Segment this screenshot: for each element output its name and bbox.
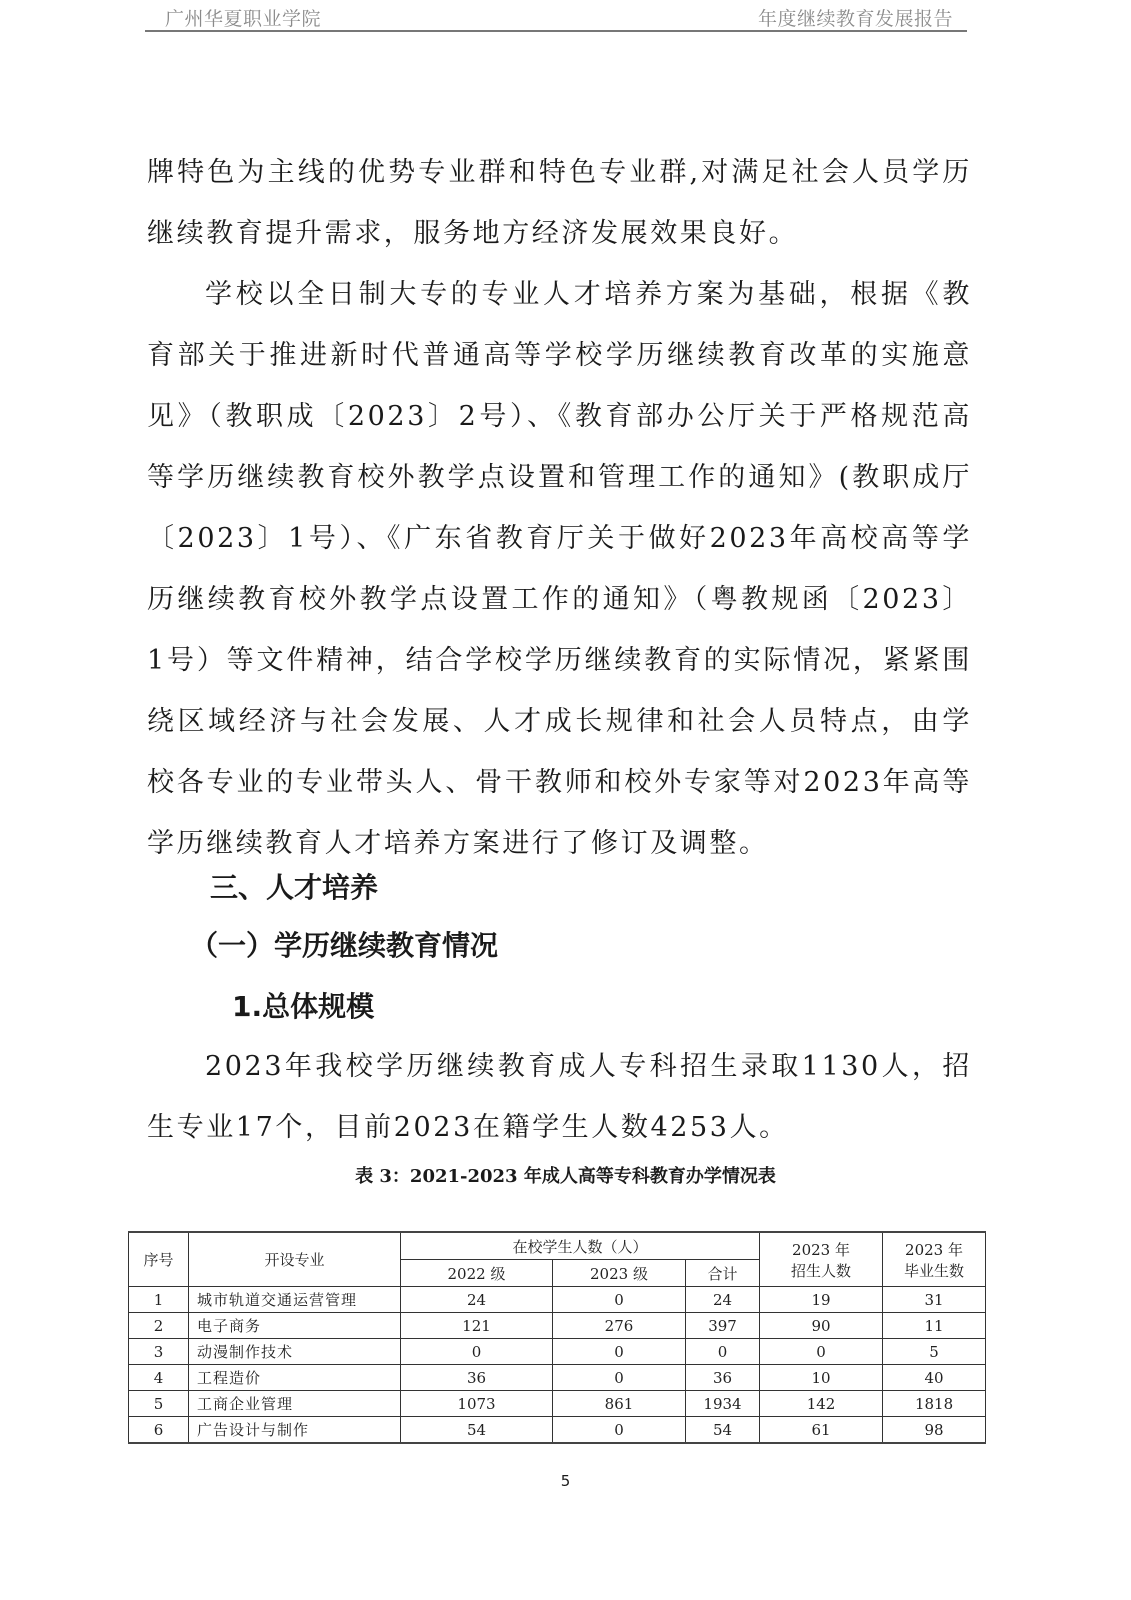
- cell-total: 36: [686, 1365, 760, 1391]
- table-row: 3 动漫制作技术 0 0 0 0 5: [129, 1339, 986, 1365]
- cell-2022: 54: [401, 1417, 553, 1444]
- subsection-heading: （一）学历继续教育情况: [190, 924, 498, 964]
- paragraph-2: 学校以全日制大专的专业人才培养方案为基础，根据《教育部关于推进新时代普通高等学校…: [147, 264, 972, 874]
- table-row: 2 电子商务 121 276 397 90 11: [129, 1313, 986, 1339]
- cell-major: 工商企业管理: [189, 1391, 401, 1417]
- cell-total: 397: [686, 1313, 760, 1339]
- header-graduates-year: 2023 年: [883, 1239, 985, 1260]
- paragraph-scale: 2023年我校学历继续教育成人专科招生录取1130人，招生专业17个，目前202…: [147, 1036, 972, 1158]
- table-row: 5 工商企业管理 1073 861 1934 142 1818: [129, 1391, 986, 1417]
- cell-seq: 3: [129, 1339, 189, 1365]
- cell-total: 1934: [686, 1391, 760, 1417]
- cell-total: 0: [686, 1339, 760, 1365]
- header-admissions-label: 招生人数: [760, 1260, 882, 1281]
- cell-2023: 0: [553, 1287, 686, 1313]
- cell-2022: 0: [401, 1339, 553, 1365]
- cell-2023: 861: [553, 1391, 686, 1417]
- cell-major: 广告设计与制作: [189, 1417, 401, 1444]
- cell-seq: 4: [129, 1365, 189, 1391]
- cell-total: 54: [686, 1417, 760, 1444]
- header-graduates-label: 毕业生数: [883, 1260, 985, 1281]
- cell-2023: 276: [553, 1313, 686, 1339]
- header-major: 开设专业: [189, 1232, 401, 1287]
- cell-graduates: 40: [883, 1365, 986, 1391]
- cell-graduates: 11: [883, 1313, 986, 1339]
- header-total: 合计: [686, 1260, 760, 1287]
- cell-total: 24: [686, 1287, 760, 1313]
- cell-major: 电子商务: [189, 1313, 401, 1339]
- subsubsection-heading: 1.总体规模: [232, 985, 374, 1025]
- cell-major: 工程造价: [189, 1365, 401, 1391]
- cell-major: 城市轨道交通运营管理: [189, 1287, 401, 1313]
- cell-admissions: 0: [760, 1339, 883, 1365]
- cell-seq: 2: [129, 1313, 189, 1339]
- cell-admissions: 10: [760, 1365, 883, 1391]
- table-caption: 表 3：2021-2023 年成人高等专科教育办学情况表: [0, 1162, 1131, 1188]
- header-graduates: 2023 年 毕业生数: [883, 1232, 986, 1287]
- cell-seq: 6: [129, 1417, 189, 1444]
- cell-admissions: 90: [760, 1313, 883, 1339]
- header-admissions: 2023 年 招生人数: [760, 1232, 883, 1287]
- cell-major: 动漫制作技术: [189, 1339, 401, 1365]
- section-heading: 三、人才培养: [210, 866, 378, 906]
- cell-2023: 0: [553, 1417, 686, 1444]
- cell-2022: 121: [401, 1313, 553, 1339]
- page-header: 广州华夏职业学院 年度继续教育发展报告: [145, 2, 967, 32]
- cell-admissions: 61: [760, 1417, 883, 1444]
- cell-seq: 1: [129, 1287, 189, 1313]
- header-admissions-year: 2023 年: [760, 1239, 882, 1260]
- cell-2022: 36: [401, 1365, 553, 1391]
- page-number: 5: [0, 1472, 1131, 1490]
- cell-graduates: 31: [883, 1287, 986, 1313]
- paragraph-1: 牌特色为主线的优势专业群和特色专业群,对满足社会人员学历继续教育提升需求，服务地…: [147, 142, 972, 264]
- cell-2022: 1073: [401, 1391, 553, 1417]
- header-2023: 2023 级: [553, 1260, 686, 1287]
- paragraph-continued: 牌特色为主线的优势专业群和特色专业群,对满足社会人员学历继续教育提升需求，服务地…: [147, 142, 972, 264]
- header-enrolled-group: 在校学生人数（人）: [401, 1232, 760, 1260]
- cell-graduates: 98: [883, 1417, 986, 1444]
- cell-graduates: 5: [883, 1339, 986, 1365]
- cell-seq: 5: [129, 1391, 189, 1417]
- header-report-title: 年度继续教育发展报告: [758, 4, 953, 31]
- cell-2023: 0: [553, 1365, 686, 1391]
- cell-2022: 24: [401, 1287, 553, 1313]
- cell-admissions: 19: [760, 1287, 883, 1313]
- cell-2023: 0: [553, 1339, 686, 1365]
- cell-graduates: 1818: [883, 1391, 986, 1417]
- table-row: 1 城市轨道交通运营管理 24 0 24 19 31: [129, 1287, 986, 1313]
- header-institution: 广州华夏职业学院: [165, 4, 321, 31]
- table-row: 4 工程造价 36 0 36 10 40: [129, 1365, 986, 1391]
- enrollment-table: 序号 开设专业 在校学生人数（人） 2023 年 招生人数 2023 年 毕业生…: [128, 1231, 986, 1444]
- table-row: 6 广告设计与制作 54 0 54 61 98: [129, 1417, 986, 1444]
- header-seq: 序号: [129, 1232, 189, 1287]
- paragraph-3: 2023年我校学历继续教育成人专科招生录取1130人，招生专业17个，目前202…: [147, 1036, 972, 1158]
- header-2022: 2022 级: [401, 1260, 553, 1287]
- paragraph-training-plan: 学校以全日制大专的专业人才培养方案为基础，根据《教育部关于推进新时代普通高等学校…: [147, 264, 972, 874]
- cell-admissions: 142: [760, 1391, 883, 1417]
